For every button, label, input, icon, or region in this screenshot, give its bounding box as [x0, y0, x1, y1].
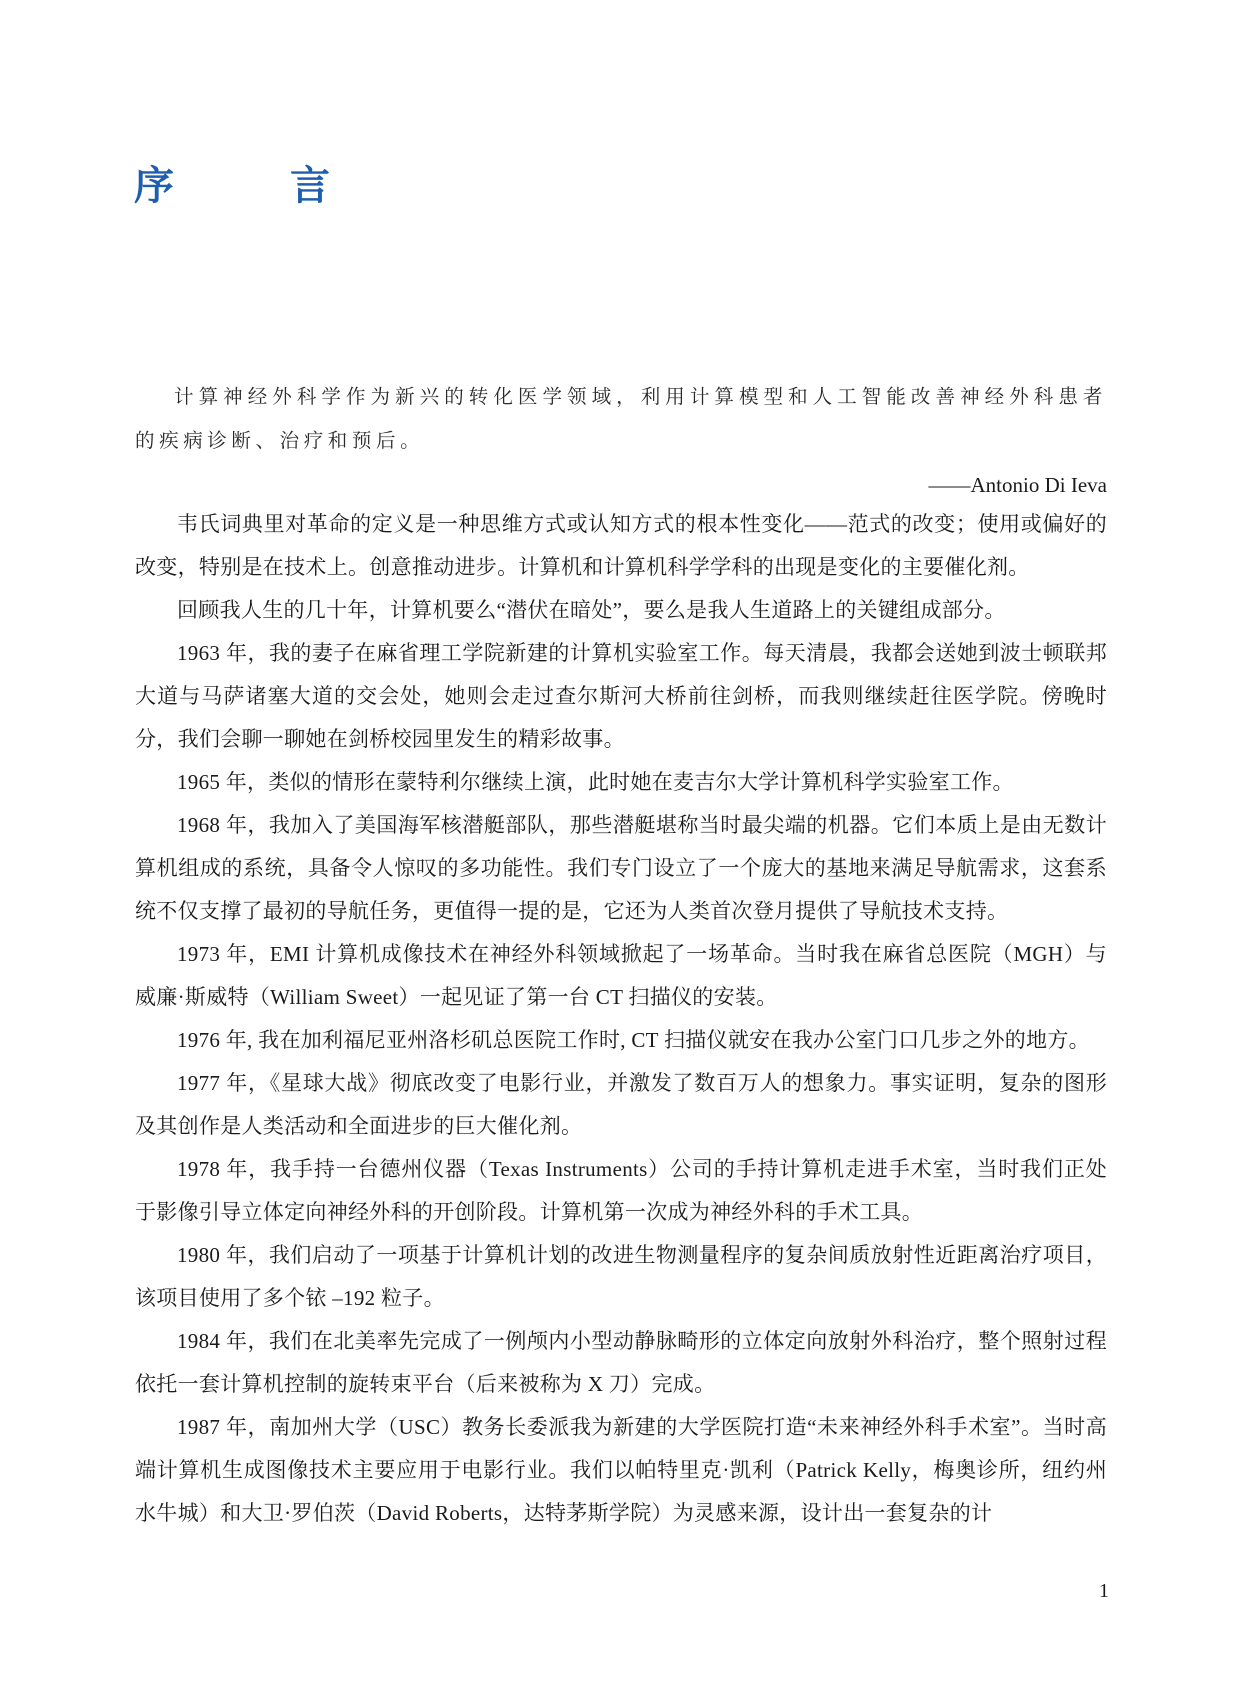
epigraph-attribution: ——Antonio Di Ieva: [135, 467, 1107, 503]
paragraph: 1978 年，我手持一台德州仪器（Texas Instruments）公司的手持…: [135, 1148, 1107, 1234]
paragraph: 回顾我人生的几十年，计算机要么“潜伏在暗处”，要么是我人生道路上的关键组成部分。: [135, 589, 1107, 632]
body-text: 计算神经外科学作为新兴的转化医学领域，利用计算模型和人工智能改善神经外科患者的疾…: [135, 375, 1107, 1535]
paragraph: 1987 年，南加州大学（USC）教务长委派我为新建的大学医院打造“未来神经外科…: [135, 1406, 1107, 1535]
paragraph: 1976 年, 我在加利福尼亚州洛杉矶总医院工作时, CT 扫描仪就安在我办公室…: [135, 1019, 1107, 1062]
paragraph: 1963 年，我的妻子在麻省理工学院新建的计算机实验室工作。每天清晨，我都会送她…: [135, 632, 1107, 761]
paragraph: 1965 年，类似的情形在蒙特利尔继续上演，此时她在麦吉尔大学计算机科学实验室工…: [135, 761, 1107, 804]
paragraph: 1984 年，我们在北美率先完成了一例颅内小型动静脉畸形的立体定向放射外科治疗，…: [135, 1320, 1107, 1406]
paragraph: 1980 年，我们启动了一项基于计算机计划的改进生物测量程序的复杂间质放射性近距…: [135, 1234, 1107, 1320]
epigraph-quote: 计算神经外科学作为新兴的转化医学领域，利用计算模型和人工智能改善神经外科患者的疾…: [135, 375, 1107, 463]
paragraph: 1973 年，EMI 计算机成像技术在神经外科领域掀起了一场革命。当时我在麻省总…: [135, 933, 1107, 1019]
paragraph: 1977 年，《星球大战》彻底改变了电影行业，并激发了数百万人的想象力。事实证明…: [135, 1062, 1107, 1148]
page-number: 1: [1099, 1580, 1109, 1603]
paragraph: 韦氏词典里对革命的定义是一种思维方式或认知方式的根本性变化——范式的改变；使用或…: [135, 503, 1107, 589]
page-title: 序 言: [134, 166, 368, 206]
paragraph: 1968 年，我加入了美国海军核潜艇部队，那些潜艇堪称当时最尖端的机器。它们本质…: [135, 804, 1107, 933]
